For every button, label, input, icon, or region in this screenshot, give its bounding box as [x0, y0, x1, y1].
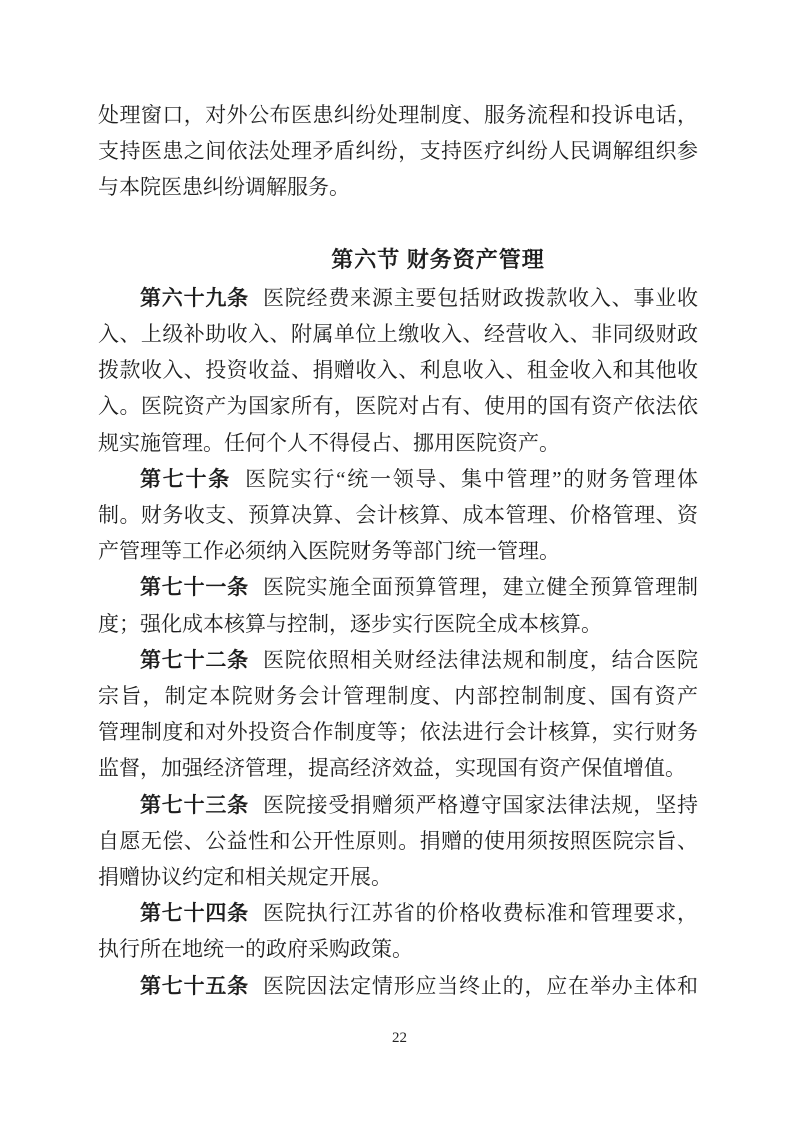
- article-first-line: 第七十三条医院接受捐赠须严格遵守国家法律法规，坚持: [98, 787, 698, 823]
- article-first-line: 第七十一条医院实施全面预算管理，建立健全预算管理制: [98, 569, 698, 605]
- page-footer: 22: [0, 1030, 799, 1047]
- text-line: 入。医院资产为国家所有，医院对占有、使用的国有资产依法依: [98, 388, 698, 424]
- article-text: 医院实行“统一领导、集中管理”的财务管理体: [245, 467, 698, 491]
- text-line: 处理窗口，对外公布医患纠纷处理制度、服务流程和投诉电话，: [98, 97, 698, 133]
- page-text-block: 处理窗口，对外公布医患纠纷处理制度、服务流程和投诉电话， 支持医患之间依法处理矛…: [98, 97, 698, 1004]
- article-number: 第七十二条: [140, 648, 249, 672]
- text-line: 制。财务收支、预算决算、会计核算、成本管理、价格管理、资: [98, 497, 698, 533]
- article-text: 医院执行江苏省的价格收费标准和管理要求，: [263, 901, 698, 925]
- article-first-line: 第七十四条医院执行江苏省的价格收费标准和管理要求，: [98, 895, 698, 931]
- text-line: 自愿无偿、公益性和公开性原则。捐赠的使用须按照医院宗旨、: [98, 823, 698, 859]
- article-text: 医院接受捐赠须严格遵守国家法律法规，坚持: [263, 793, 698, 817]
- article-text: 医院实施全面预算管理，建立健全预算管理制: [263, 575, 698, 599]
- text-line: 入、上级补助收入、附属单位上缴收入、经营收入、非同级财政: [98, 316, 698, 352]
- text-line: 宗旨，制定本院财务会计管理制度、内部控制制度、国有资产: [98, 678, 698, 714]
- article-text: 医院依照相关财经法律法规和制度，结合医院: [263, 648, 698, 672]
- article-first-line: 第七十二条医院依照相关财经法律法规和制度，结合医院: [98, 642, 698, 678]
- article-number: 第七十条: [140, 467, 231, 491]
- text-line: 产管理等工作必须纳入医院财务等部门统一管理。: [98, 533, 698, 569]
- paragraph-continuation: 处理窗口，对外公布医患纠纷处理制度、服务流程和投诉电话， 支持医患之间依法处理矛…: [98, 97, 698, 206]
- article-69: 第六十九条医院经费来源主要包括财政拨款收入、事业收 入、上级补助收入、附属单位上…: [98, 280, 698, 461]
- article-number: 第七十四条: [140, 901, 249, 925]
- page-number: 22: [392, 1030, 407, 1046]
- article-number: 第六十九条: [140, 286, 249, 310]
- text-line: 执行所在地统一的政府采购政策。: [98, 931, 698, 967]
- text-line: 拨款收入、投资收益、捐赠收入、利息收入、租金收入和其他收: [98, 352, 698, 388]
- article-first-line: 第六十九条医院经费来源主要包括财政拨款收入、事业收: [98, 280, 698, 316]
- article-number: 第七十五条: [140, 974, 249, 998]
- article-71: 第七十一条医院实施全面预算管理，建立健全预算管理制 度；强化成本核算与控制，逐步…: [98, 569, 698, 641]
- article-72: 第七十二条医院依照相关财经法律法规和制度，结合医院 宗旨，制定本院财务会计管理制…: [98, 642, 698, 787]
- article-75: 第七十五条医院因法定情形应当终止的，应在举办主体和: [98, 968, 698, 1004]
- text-line: 管理制度和对外投资合作制度等；依法进行会计核算，实行财务: [98, 714, 698, 750]
- article-text: 医院经费来源主要包括财政拨款收入、事业收: [263, 286, 698, 310]
- text-line: 与本院医患纠纷调解服务。: [98, 169, 698, 205]
- article-first-line: 第七十五条医院因法定情形应当终止的，应在举办主体和: [98, 968, 698, 1004]
- text-line: 捐赠协议约定和相关规定开展。: [98, 859, 698, 895]
- article-number: 第七十一条: [140, 575, 249, 599]
- text-line: 监督，加强经济管理，提高经济效益，实现国有资产保值增值。: [98, 750, 698, 786]
- article-74: 第七十四条医院执行江苏省的价格收费标准和管理要求， 执行所在地统一的政府采购政策…: [98, 895, 698, 967]
- article-number: 第七十三条: [140, 793, 249, 817]
- article-73: 第七十三条医院接受捐赠须严格遵守国家法律法规，坚持 自愿无偿、公益性和公开性原则…: [98, 787, 698, 896]
- text-line: 规实施管理。任何个人不得侵占、挪用医院资产。: [98, 425, 698, 461]
- text-line: 支持医患之间依法处理矛盾纠纷，支持医疗纠纷人民调解组织参: [98, 133, 698, 169]
- document-page: 处理窗口，对外公布医患纠纷处理制度、服务流程和投诉电话， 支持医患之间依法处理矛…: [0, 0, 799, 1130]
- article-70: 第七十条医院实行“统一领导、集中管理”的财务管理体 制。财务收支、预算决算、会计…: [98, 461, 698, 570]
- section-heading: 第六节 财务资产管理: [98, 242, 698, 278]
- article-text: 医院因法定情形应当终止的，应在举办主体和: [263, 974, 698, 998]
- article-first-line: 第七十条医院实行“统一领导、集中管理”的财务管理体: [98, 461, 698, 497]
- text-line: 度；强化成本核算与控制，逐步实行医院全成本核算。: [98, 606, 698, 642]
